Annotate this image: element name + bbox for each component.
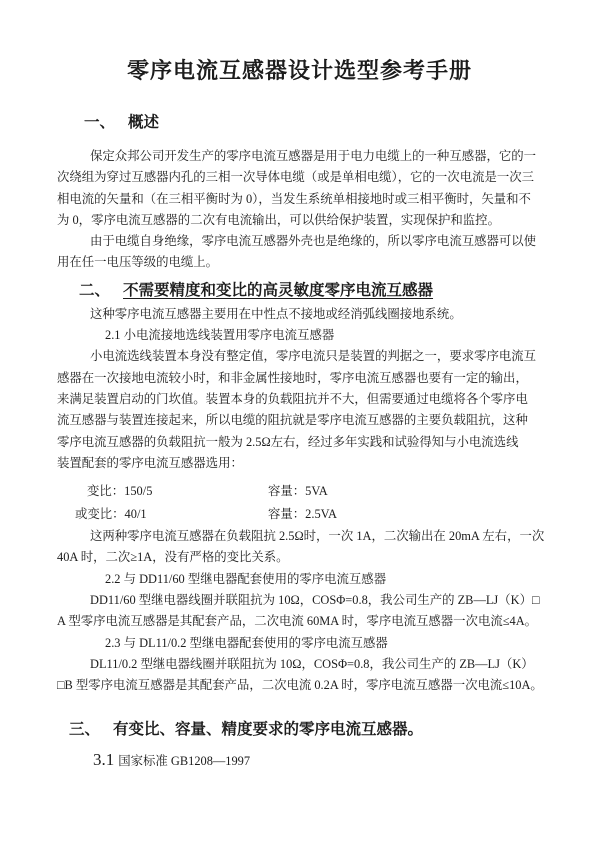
overview-paragraph-2: 由于电缆自身绝缘，零序电流互感器外壳也是绝缘的，所以零序电流互感器可以使 用在任…: [57, 231, 542, 274]
ratio-result-paragraph: 这两种零序电流互感器在负载阻抗 2.5Ω时，一次 1A，二次输出在 20mA 左…: [57, 526, 542, 569]
section-3-number: 三、: [69, 721, 100, 738]
text-line: 次绕组为穿过互感器内孔的三相一次导体电缆（或是单相电缆），它的一次电流是一次三: [57, 167, 542, 188]
ratio-spec-row: 变比：150/5 容量：5VA: [57, 480, 542, 503]
text-line: 这两种零序电流互感器在负载阻抗 2.5Ω时，一次 1A，二次输出在 20mA 左…: [57, 526, 542, 547]
text-line: 用在任一电压等级的电缆上。: [57, 252, 542, 273]
section-1-heading: 一、概述: [57, 112, 542, 134]
text-line: 保定众邦公司开发生产的零序电流互感器是用于电力电缆上的一种互感器，它的一: [57, 146, 542, 167]
text-line: A 型零序电流互感器是其配套产品，二次电流 60MA 时，零序电流互感器一次电流…: [57, 611, 542, 632]
section-1-title: 概述: [128, 114, 159, 131]
subsection-2-2-heading: 2.2 与 DD11/60 型继电器配套使用的零序电流互感器: [57, 569, 542, 590]
subsection-2-1-paragraph: 小电流选线装置本身没有整定值，零序电流只是装置的判据之一，要求零序电流互 感器在…: [57, 346, 542, 474]
subsection-2-2-paragraph: DD11/60 型继电器线圈并联阻抗为 10Ω，COSΦ=0.8，我公司生产的 …: [57, 590, 542, 633]
text-line: DL11/0.2 型继电器线圈并联阻抗为 10Ω，COSΦ=0.8，我公司生产的…: [57, 654, 542, 675]
section-3-title: 有变比、容量、精度要求的零序电流互感器。: [113, 721, 423, 738]
section-2-intro-line: 这种零序电流互感器主要用在中性点不接地或经消弧线圈接地系统。: [57, 304, 542, 325]
section-2-heading: 二、不需要精度和变比的高灵敏度零序电流互感器: [57, 280, 542, 302]
ratio-value: 或变比：40/1: [57, 503, 147, 526]
ratio-spec-row: 或变比：40/1 容量：2.5VA: [57, 503, 542, 526]
text-line: DD11/60 型继电器线圈并联阻抗为 10Ω，COSΦ=0.8，我公司生产的 …: [57, 590, 542, 611]
ratio-value: 变比：150/5: [57, 480, 152, 503]
text-line: 零序电流互感器的负载阻抗一般为 2.5Ω左右，经过多年实践和试验得知与小电流选线: [57, 432, 542, 453]
text-line: 来满足装置启动的门坎值。装置本身的负载阻抗并不大，但需要通过电缆将各个零序电: [57, 389, 542, 410]
capacity-value: 容量：5VA: [268, 480, 328, 503]
document-title: 零序电流互感器设计选型参考手册: [57, 56, 542, 86]
text-line: 为 0，零序电流互感器的二次有电流输出，可以供给保护装置，实现保护和监控。: [57, 210, 542, 231]
text-line: 感器在一次接地电流较小时，和非金属性接地时，零序电流互感器也要有一定的输出，: [57, 368, 542, 389]
overview-paragraph-1: 保定众邦公司开发生产的零序电流互感器是用于电力电缆上的一种互感器，它的一 次绕组…: [57, 146, 542, 231]
section-3-heading: 三、有变比、容量、精度要求的零序电流互感器。: [57, 719, 542, 741]
subsection-3-1-heading: 3.1国家标准 GB1208—1997: [57, 749, 542, 772]
text-line: 流互感器与装置连接起来，所以电缆的阻抗就是零序电流互感器的主要负载阻抗，这种: [57, 410, 542, 431]
subsection-3-1-text: 国家标准 GB1208—1997: [118, 754, 250, 768]
section-2-number: 二、: [79, 282, 110, 299]
text-line: 装置配套的零序电流互感器选用：: [57, 453, 542, 474]
section-1-number: 一、: [84, 114, 115, 131]
text-line: 小电流选线装置本身没有整定值，零序电流只是装置的判据之一，要求零序电流互: [57, 346, 542, 367]
subsection-3-1-number: 3.1: [93, 750, 114, 769]
text-line: 40A 时，二次≥1A，没有严格的变比关系。: [57, 547, 542, 568]
document-page: 零序电流互感器设计选型参考手册 一、概述 保定众邦公司开发生产的零序电流互感器是…: [0, 0, 596, 842]
text-line: 相电流的矢量和（在三相平衡时为 0），当发生系统单相接地时或三相平衡时，矢量和不: [57, 189, 542, 210]
subsection-2-3-paragraph: DL11/0.2 型继电器线圈并联阻抗为 10Ω，COSΦ=0.8，我公司生产的…: [57, 654, 542, 697]
text-line: □B 型零序电流互感器是其配套产品，二次电流 0.2A 时，零序电流互感器一次电…: [57, 675, 542, 696]
subsection-2-1-heading: 2.1 小电流接地选线装置用零序电流互感器: [57, 325, 542, 346]
section-2-title: 不需要精度和变比的高灵敏度零序电流互感器: [123, 282, 433, 299]
capacity-value: 容量：2.5VA: [268, 503, 337, 526]
subsection-2-3-heading: 2.3 与 DL11/0.2 型继电器配套使用的零序电流互感器: [57, 633, 542, 654]
text-line: 由于电缆自身绝缘，零序电流互感器外壳也是绝缘的，所以零序电流互感器可以使: [57, 231, 542, 252]
